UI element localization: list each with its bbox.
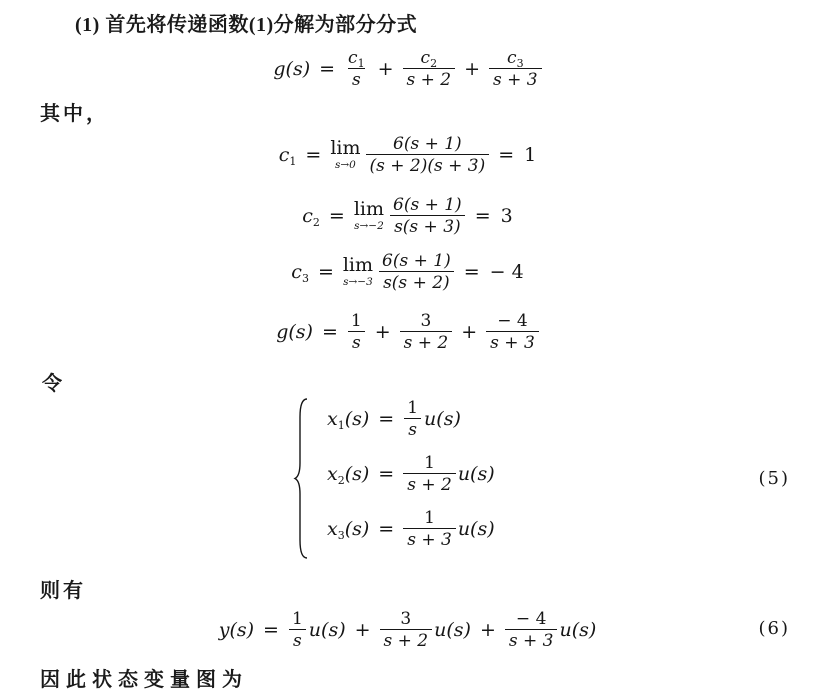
fraction-denominator: s + 2 [400,331,453,353]
limit-subscript: s→−2 [354,221,384,232]
fraction-numerator: c2 [417,48,442,68]
fraction-denominator: s + 3 [403,528,456,550]
fraction: 1 s + 3 [403,508,456,551]
subscript: 1 [338,419,345,432]
fraction: 1 s [403,398,422,441]
math-lhs: c2 [302,205,320,227]
limit-operator: lim s→−3 [343,256,373,288]
fraction-denominator: s + 2 [403,473,456,495]
case-row-x1: x1(s) = 1 s u(s) [327,397,495,441]
fraction-numerator: c3 [503,48,528,68]
fraction-denominator: (s + 2)(s + 3) [366,154,490,176]
case-row-x2: x2(s) = 1 s + 2 u(s) [327,452,495,496]
fraction-numerator: − 4 [493,311,531,331]
lhs-argument: (s) [345,408,370,430]
fraction: 1 s [288,609,307,652]
fraction: c2 s + 2 [403,48,456,91]
cases-column: x1(s) = 1 s u(s) x2(s) = 1 s + 2 u(s) x3… [327,397,495,551]
fraction-denominator: s(s + 3) [390,215,465,237]
math-lhs: c3 [291,261,309,283]
numerator-base: c [507,48,517,68]
subscript: 3 [338,529,345,542]
fraction-denominator: s + 2 [380,629,433,651]
limit-operator: lim s→−2 [354,200,384,232]
math-lhs: g(s) [276,321,313,343]
fraction: c1 s [344,48,369,91]
where-label: 其中， [40,97,109,126]
conclusion-paragraph: 因此状态变量图为 [40,663,248,692]
equals-sign: = [329,205,345,227]
math-lhs: x2(s) [327,463,369,485]
numerator-base: c [421,48,431,68]
fraction-denominator: s + 3 [486,331,539,353]
fraction: − 4 s + 3 [486,311,539,354]
u-factor: u(s) [559,619,596,641]
then-label: 则有 [40,574,86,603]
fraction: 3 s + 2 [380,609,433,652]
equation-number-6: (6) [759,618,791,639]
fraction-denominator: s + 3 [489,68,542,90]
fraction: 1 s [347,311,366,354]
u-factor: u(s) [458,518,495,540]
math-lhs: y(s) [219,619,254,641]
subscript: 3 [302,272,309,285]
equation-c2: c2 = lim s→−2 6(s + 1) s(s + 3) = 3 [0,191,815,241]
equals-sign: = [378,408,394,430]
equals-sign: = [322,321,338,343]
fraction-numerator: 3 [396,609,415,629]
subscript: 2 [338,474,345,487]
equals-sign: = [498,144,514,166]
fraction-denominator: s + 2 [403,68,456,90]
fraction-numerator: 6(s + 1) [389,134,466,154]
fraction-numerator: 6(s + 1) [378,251,455,271]
fraction-numerator: 6(s + 1) [389,195,466,215]
lhs-base: c [291,261,302,283]
equation-output-y: y(s) = 1 s u(s) + 3 s + 2 u(s) + − 4 s +… [0,605,815,655]
lhs-argument: (s) [345,518,370,540]
equation-g-values: g(s) = 1 s + 3 s + 2 + − 4 s + 3 [0,307,815,357]
state-variable-cases: x1(s) = 1 s u(s) x2(s) = 1 s + 2 u(s) x3… [293,397,495,560]
fraction-numerator: 1 [403,398,422,418]
equals-sign: = [263,619,279,641]
equals-sign: = [378,463,394,485]
equals-sign: = [378,518,394,540]
lhs-argument: (s) [345,463,370,485]
limit-word: lim [330,139,360,158]
fraction: 1 s + 2 [403,453,456,496]
equation-c3: c3 = lim s→−3 6(s + 1) s(s + 2) = − 4 [0,247,815,297]
plus-sign: + [378,58,394,80]
math-lhs: x3(s) [327,518,369,540]
lhs-base: x [327,463,338,485]
equals-sign: = [305,144,321,166]
fraction-denominator: s + 3 [505,629,558,651]
limit-subscript: s→−3 [343,277,373,288]
limit-word: lim [343,256,373,275]
u-factor: u(s) [424,408,461,430]
limit-word: lim [354,200,384,219]
equals-sign: = [464,261,480,283]
lhs-base: c [279,144,290,166]
fraction-denominator: s [289,629,306,651]
fraction-numerator: 1 [420,508,439,528]
math-lhs: x1(s) [327,408,369,430]
equals-sign: = [475,205,491,227]
lhs-base: x [327,518,338,540]
fraction: 6(s + 1) (s + 2)(s + 3) [366,134,490,177]
plus-sign: + [375,321,391,343]
fraction-denominator: s [348,68,365,90]
fraction-denominator: s [404,418,421,440]
intro-paragraph: (1) 首先将传递函数(1)分解为部分分式 [75,8,417,37]
plus-sign: + [480,619,496,641]
fraction: − 4 s + 3 [505,609,558,652]
equation-g-partial-fractions: g(s) = c1 s + c2 s + 2 + c3 s + 3 [0,44,815,94]
result-value: 3 [501,205,513,227]
fraction-numerator: 1 [347,311,366,331]
limit-operator: lim s→0 [330,139,360,171]
fraction: 6(s + 1) s(s + 3) [389,195,466,238]
lhs-base: c [302,205,313,227]
fraction-numerator: − 4 [512,609,550,629]
fraction-numerator: 3 [417,311,436,331]
limit-subscript: s→0 [335,160,356,171]
fraction: 6(s + 1) s(s + 2) [378,251,455,294]
equals-sign: = [318,261,334,283]
subscript: 1 [289,155,296,168]
fraction-numerator: 1 [420,453,439,473]
lhs-base: x [327,408,338,430]
fraction-numerator: c1 [344,48,369,68]
equation-number-5: (5) [759,468,791,489]
math-lhs: c1 [279,144,297,166]
result-value: − 4 [490,261,524,283]
u-factor: u(s) [434,619,471,641]
plus-sign: + [464,58,480,80]
equation-c1: c1 = lim s→0 6(s + 1) (s + 2)(s + 3) = 1 [0,130,815,180]
u-factor: u(s) [309,619,346,641]
fraction-denominator: s [348,331,365,353]
numerator-base: c [348,48,358,68]
let-label: 令 [42,367,65,396]
u-factor: u(s) [458,463,495,485]
fraction: c3 s + 3 [489,48,542,91]
fraction: 3 s + 2 [400,311,453,354]
plus-sign: + [355,619,371,641]
case-row-x3: x3(s) = 1 s + 3 u(s) [327,507,495,551]
cases-brace [293,397,309,560]
math-lhs: g(s) [273,58,310,80]
fraction-numerator: 1 [288,609,307,629]
plus-sign: + [461,321,477,343]
fraction-denominator: s(s + 2) [379,271,454,293]
page: (1) 首先将传递函数(1)分解为部分分式 g(s) = c1 s + c2 s… [0,0,815,699]
result-value: 1 [524,144,536,166]
equals-sign: = [319,58,335,80]
subscript: 2 [313,216,320,229]
